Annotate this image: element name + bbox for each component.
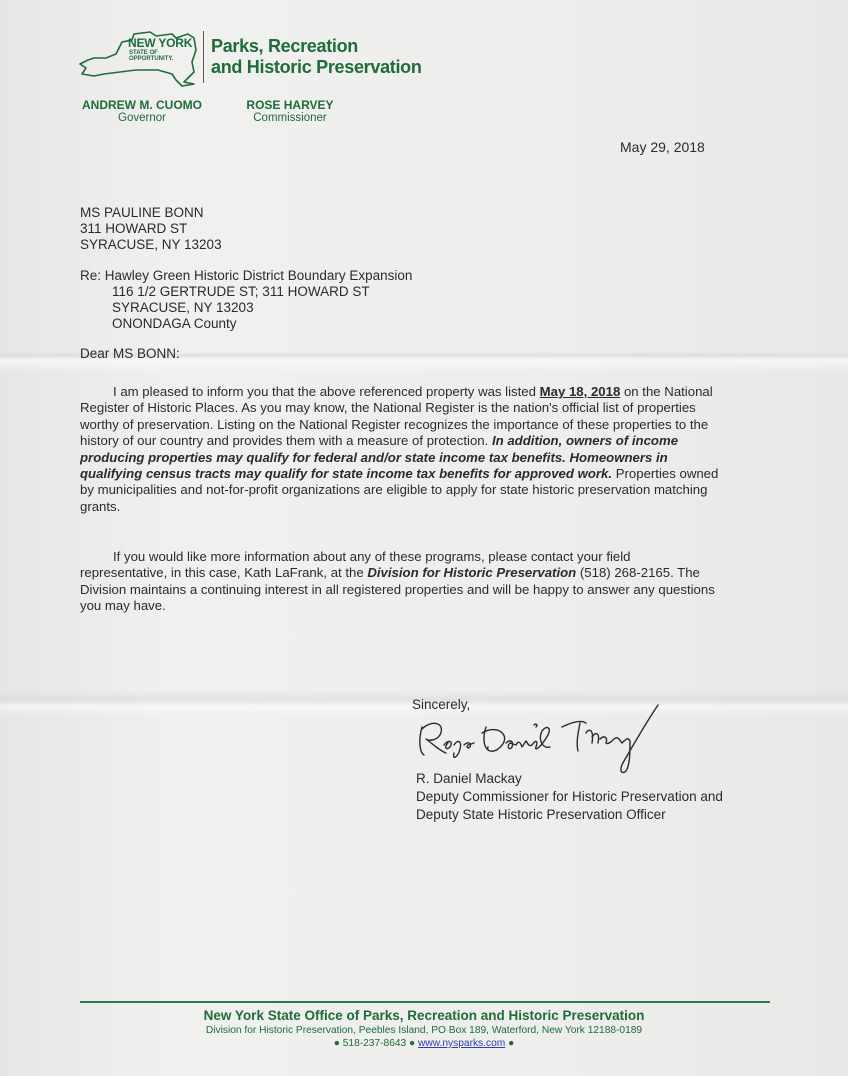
body-paragraph-2: If you would like more information about… bbox=[80, 549, 720, 615]
body-paragraph-1: I am pleased to inform you that the abov… bbox=[80, 384, 720, 515]
bullet-icon: ● bbox=[508, 1038, 514, 1049]
footer-address: Division for Historic Preservation, Peeb… bbox=[0, 1025, 848, 1036]
footer-phone: 518-237-8643 bbox=[343, 1038, 406, 1049]
listed-date: May 18, 2018 bbox=[540, 384, 621, 399]
state-tagline-line2: OPPORTUNITY. bbox=[129, 56, 173, 62]
footer-office-name: New York State Office of Parks, Recreati… bbox=[0, 1008, 848, 1023]
reference-block: Re: Hawley Green Historic District Bound… bbox=[80, 268, 412, 332]
division-name: Division for Historic Preservation bbox=[367, 565, 576, 580]
recipient-address: MS PAULINE BONN 311 HOWARD ST SYRACUSE, … bbox=[80, 205, 222, 253]
reference-subject: Re: Hawley Green Historic District Bound… bbox=[80, 268, 412, 284]
agency-name: Parks, Recreation and Historic Preservat… bbox=[211, 36, 422, 78]
footer-divider bbox=[80, 1001, 770, 1003]
letterhead-divider bbox=[203, 31, 204, 83]
recipient-city: SYRACUSE, NY 13203 bbox=[80, 237, 222, 253]
reference-line: SYRACUSE, NY 13203 bbox=[80, 300, 412, 316]
recipient-name: MS PAULINE BONN bbox=[80, 205, 222, 221]
agency-name-line1: Parks, Recreation bbox=[211, 36, 422, 57]
signer-block: R. Daniel Mackay Deputy Commissioner for… bbox=[416, 770, 723, 824]
recipient-street: 311 HOWARD ST bbox=[80, 221, 222, 237]
handwritten-signature bbox=[410, 697, 680, 777]
footer-contact: ● 518-237-8643 ● www.nysparks.com ● bbox=[0, 1038, 848, 1049]
commissioner-name: ROSE HARVEY bbox=[240, 98, 340, 112]
governor-title: Governor bbox=[78, 112, 206, 124]
bullet-icon: ● bbox=[409, 1038, 415, 1049]
governor-name: ANDREW M. CUOMO bbox=[78, 98, 206, 112]
governor-block: ANDREW M. CUOMO Governor bbox=[78, 98, 206, 124]
commissioner-title: Commissioner bbox=[240, 112, 340, 124]
bullet-icon: ● bbox=[334, 1038, 340, 1049]
signer-title-line2: Deputy State Historic Preservation Offic… bbox=[416, 806, 723, 824]
body-text: I am pleased to inform you that the abov… bbox=[113, 384, 540, 399]
agency-name-line2: and Historic Preservation bbox=[211, 57, 422, 78]
letter-page bbox=[0, 0, 848, 1076]
reference-line: 116 1/2 GERTRUDE ST; 311 HOWARD ST bbox=[80, 284, 412, 300]
reference-line: ONONDAGA County bbox=[80, 316, 412, 332]
signer-name: R. Daniel Mackay bbox=[416, 770, 723, 788]
commissioner-block: ROSE HARVEY Commissioner bbox=[240, 98, 340, 124]
state-tagline: STATE OF OPPORTUNITY. bbox=[129, 50, 173, 62]
footer-website-link[interactable]: www.nysparks.com bbox=[418, 1038, 505, 1049]
letter-date: May 29, 2018 bbox=[620, 139, 705, 155]
salutation: Dear MS BONN: bbox=[80, 346, 180, 361]
signer-title-line1: Deputy Commissioner for Historic Preserv… bbox=[416, 788, 723, 806]
state-wordmark: NEW YORK bbox=[128, 36, 192, 50]
